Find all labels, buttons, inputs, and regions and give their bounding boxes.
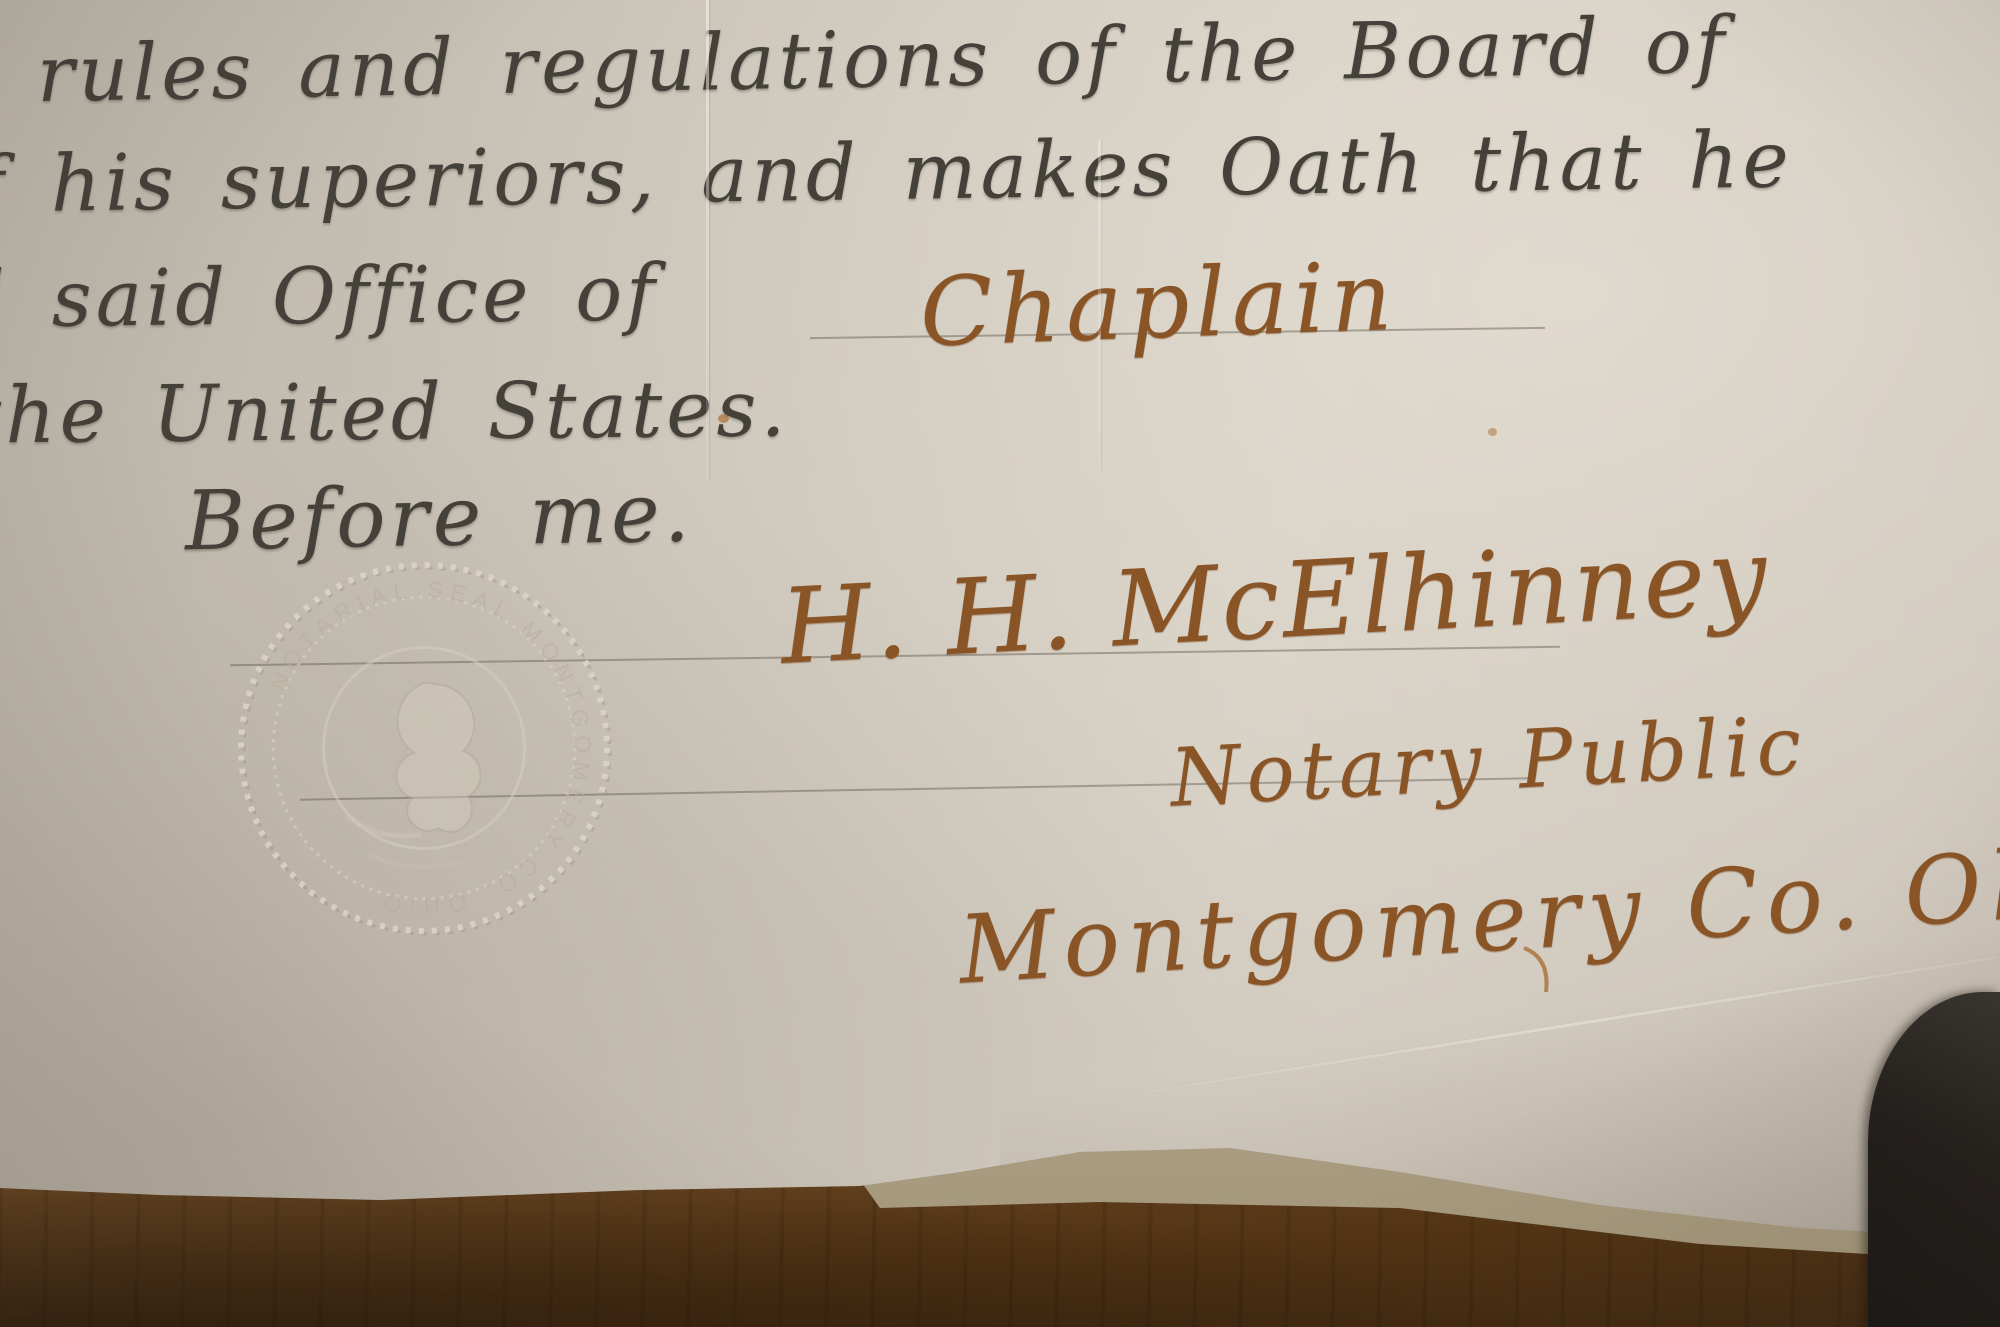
printed-line-4: the United States. bbox=[0, 364, 790, 461]
parchment-document: l rules and regulations of the Board of … bbox=[0, 0, 2000, 1327]
paper-crease-vertical-2 bbox=[1098, 140, 1101, 470]
seal-crest bbox=[396, 683, 480, 832]
stray-fiber bbox=[1516, 944, 1562, 996]
photo-scene: l rules and regulations of the Board of … bbox=[0, 0, 2000, 1327]
printed-line-1: l rules and regulations of the Board of bbox=[0, 1, 1729, 122]
printed-line-3: l said Office of bbox=[0, 248, 659, 345]
printed-line-2: f his superiors, and makes Oath that he bbox=[0, 115, 1793, 230]
embossed-notarial-seal-icon: NOTARIAL SEAL MONTGOMERY CO. OHIO bbox=[228, 552, 620, 944]
seal-lower-flourish bbox=[369, 854, 465, 868]
foxing-spot-2 bbox=[1488, 428, 1497, 436]
handwritten-title: Notary Public bbox=[1168, 698, 1809, 824]
paper-crease-vertical-1 bbox=[706, 0, 709, 480]
foxing-spot-1 bbox=[718, 414, 729, 423]
handwritten-signature: H. H. McElhinney bbox=[777, 514, 1772, 688]
handwritten-office: Chaplain bbox=[918, 242, 1399, 369]
